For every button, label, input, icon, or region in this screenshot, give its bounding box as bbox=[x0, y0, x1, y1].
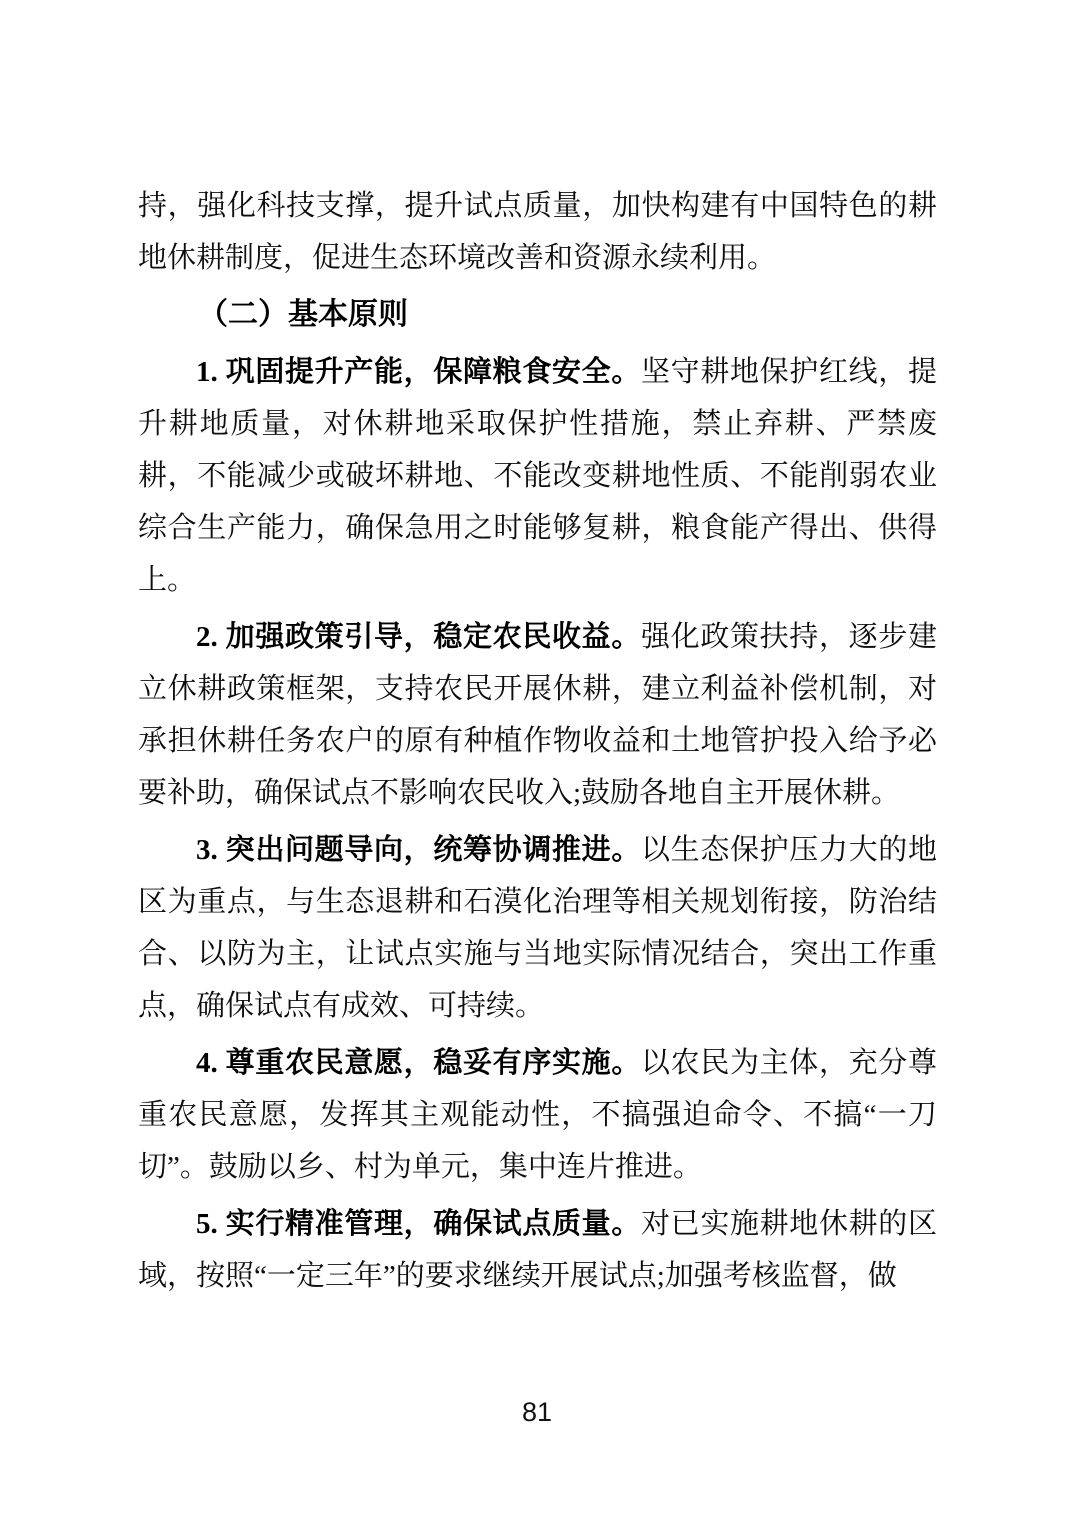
continuation-paragraph: 持，强化科技支撑，提升试点质量，加快构建有中国特色的耕地休耕制度，促进生态环境改… bbox=[138, 180, 937, 284]
page-number: 81 bbox=[0, 1395, 1074, 1429]
principle-3-lead: 3. 突出问题导向，统筹协调推进。 bbox=[196, 834, 641, 866]
principle-paragraph-1: 1. 巩固提升产能，保障粮食安全。坚守耕地保护红线，提升耕地质量，对休耕地采取保… bbox=[138, 346, 937, 606]
principle-paragraph-4: 4. 尊重农民意愿，稳妥有序实施。以农民为主体，充分尊重农民意愿，发挥其主观能动… bbox=[138, 1037, 937, 1193]
principle-1-lead: 1. 巩固提升产能，保障粮食安全。 bbox=[196, 356, 641, 388]
principle-1-body: 坚守耕地保护红线，提升耕地质量，对休耕地采取保护性措施，禁止弃耕、严禁废耕，不能… bbox=[138, 356, 937, 596]
principle-2-lead: 2. 加强政策引导，稳定农民收益。 bbox=[196, 621, 641, 653]
principle-paragraph-2: 2. 加强政策引导，稳定农民收益。强化政策扶持，逐步建立休耕政策框架，支持农民开… bbox=[138, 611, 937, 819]
document-page: 持，强化科技支撑，提升试点质量，加快构建有中国特色的耕地休耕制度，促进生态环境改… bbox=[0, 0, 1074, 1520]
section-heading: （二）基本原则 bbox=[138, 289, 937, 341]
principle-paragraph-5: 5. 实行精准管理，确保试点质量。对已实施耕地休耕的区域，按照“一定三年”的要求… bbox=[138, 1198, 937, 1302]
principle-paragraph-3: 3. 突出问题导向，统筹协调推进。以生态保护压力大的地区为重点，与生态退耕和石漠… bbox=[138, 824, 937, 1032]
principle-5-lead: 5. 实行精准管理，确保试点质量。 bbox=[196, 1208, 641, 1240]
page-content: 持，强化科技支撑，提升试点质量，加快构建有中国特色的耕地休耕制度，促进生态环境改… bbox=[138, 180, 937, 1307]
principle-4-lead: 4. 尊重农民意愿，稳妥有序实施。 bbox=[196, 1047, 641, 1079]
